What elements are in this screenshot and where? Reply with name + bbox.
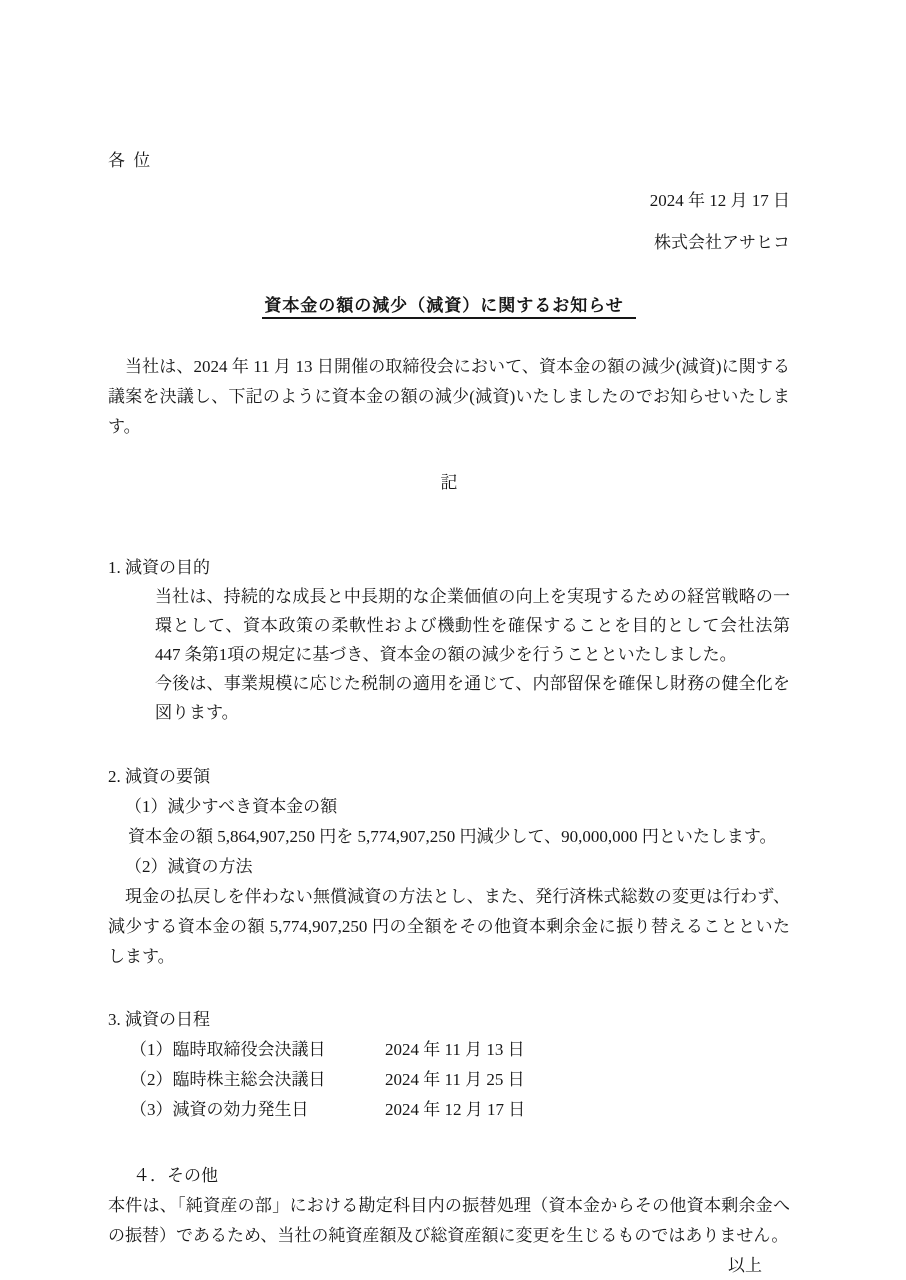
document-page: 各 位 2024 年 12 月 17 日 株式会社アサヒコ 資本金の額の減少（減… (0, 0, 906, 1280)
document-title: 資本金の額の減少（減資）に関するお知らせ (262, 296, 636, 319)
schedule-row: （3）減資の効力発生日 2024 年 12 月 17 日 (108, 1095, 790, 1125)
section-other-heading: ４．その他 (108, 1161, 790, 1191)
schedule-row: （2）臨時株主総会決議日 2024 年 11 月 25 日 (108, 1065, 790, 1095)
record-mark: 記 (108, 468, 790, 497)
schedule-row: （1）臨時取締役会決議日 2024 年 11 月 13 日 (108, 1035, 790, 1065)
purpose-paragraph-1: 当社は、持続的な成長と中長期的な企業価値の向上を実現するための経営戦略の一環とし… (108, 582, 790, 669)
intro-paragraph: 当社は、2024 年 11 月 13 日開催の取締役会において、資本金の額の減少… (108, 352, 790, 442)
outline-sub1-body: 資本金の額 5,864,907,250 円を 5,774,907,250 円減少… (108, 822, 790, 852)
schedule-row-date: 2024 年 11 月 25 日 (385, 1065, 525, 1095)
schedule-row-date: 2024 年 11 月 13 日 (385, 1035, 525, 1065)
schedule-row-label: （2）臨時株主総会決議日 (130, 1065, 385, 1095)
section-outline: 2. 減資の要領 （1）減少すべき資本金の額 資本金の額 5,864,907,2… (108, 762, 790, 972)
section-schedule: 3. 減資の日程 （1）臨時取締役会決議日 2024 年 11 月 13 日 （… (108, 1005, 790, 1125)
schedule-row-label: （1）臨時取締役会決議日 (130, 1035, 385, 1065)
other-body: 本件は、「純資産の部」における勘定科目内の振替処理（資本金からその他資本剰余金へ… (108, 1191, 790, 1251)
salutation: 各 位 (108, 146, 790, 175)
section-purpose-heading: 1. 減資の目的 (108, 553, 790, 582)
company-name: 株式会社アサヒコ (108, 228, 790, 257)
section-outline-heading: 2. 減資の要領 (108, 762, 790, 792)
closing-mark: 以上 (108, 1251, 790, 1280)
section-other: ４．その他 本件は、「純資産の部」における勘定科目内の振替処理（資本金からその他… (108, 1161, 790, 1280)
section-schedule-heading: 3. 減資の日程 (108, 1005, 790, 1035)
purpose-paragraph-2: 今後は、事業規模に応じた税制の適用を通じて、内部留保を確保し財務の健全化を図りま… (108, 669, 790, 727)
schedule-row-date: 2024 年 12 月 17 日 (385, 1095, 525, 1125)
outline-sub2-title: （2）減資の方法 (108, 852, 790, 882)
outline-sub2-body: 現金の払戻しを伴わない無償減資の方法とし、また、発行済株式総数の変更は行わず、減… (108, 882, 790, 972)
section-purpose: 1. 減資の目的 当社は、持続的な成長と中長期的な企業価値の向上を実現するための… (108, 553, 790, 727)
document-date: 2024 年 12 月 17 日 (108, 186, 790, 215)
document-title-row: 資本金の額の減少（減資）に関するお知らせ (108, 291, 790, 320)
schedule-row-label: （3）減資の効力発生日 (130, 1095, 385, 1125)
outline-sub1-title: （1）減少すべき資本金の額 (108, 792, 790, 822)
